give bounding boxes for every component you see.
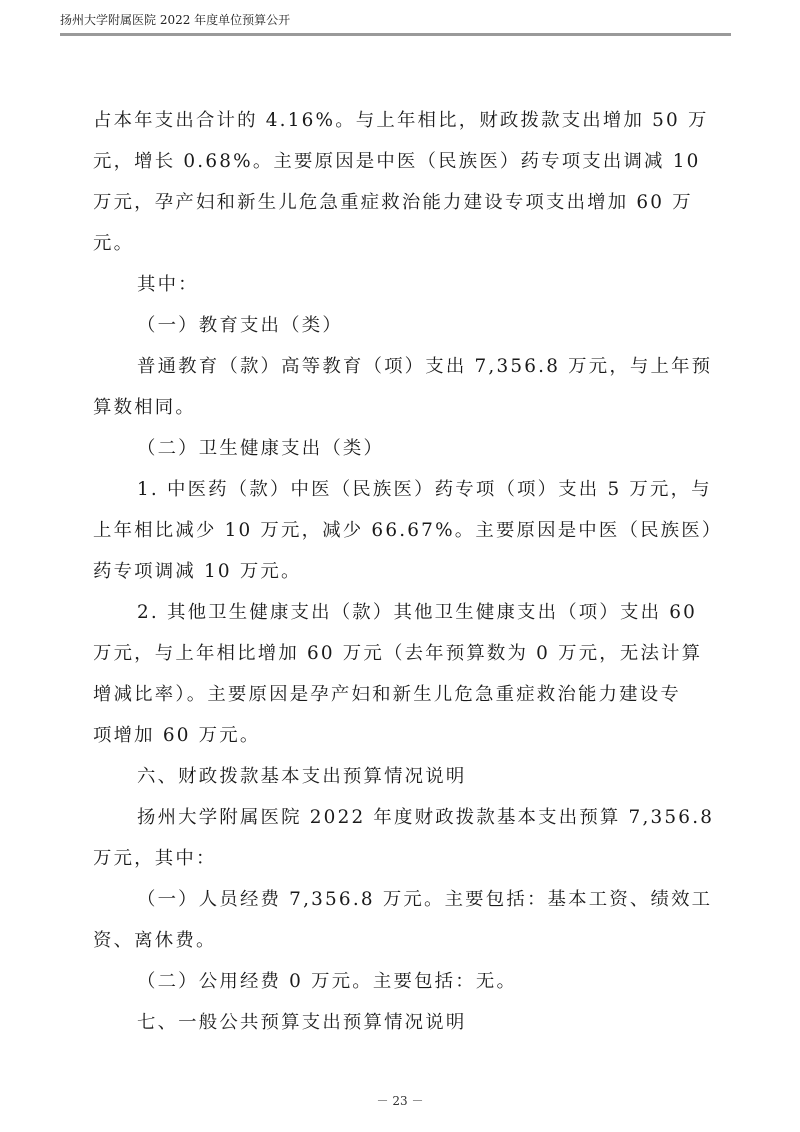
text-line: （一）教育支出（类） [93,305,715,346]
text-line: 扬州大学附属医院 2022 年度财政拨款基本支出预算 7,356.8 [93,797,715,838]
page-header: 扬州大学附属医院 2022 年度单位预算公开 [60,12,731,36]
text-line: 普通教育（款）高等教育（项）支出 7,356.8 万元，与上年预 [93,346,715,387]
page-number: － 23 － [0,1092,800,1109]
document-body: 占本年支出合计的 4.16%。与上年相比，财政拨款支出增加 50 万元，增长 0… [93,100,715,1043]
header-title: 扬州大学附属医院 2022 年度单位预算公开 [60,12,731,28]
text-line: 七、一般公共预算支出预算情况说明 [93,1002,715,1043]
text-line: 元，增长 0.68%。主要原因是中医（民族医）药专项支出调减 10 [93,141,715,182]
text-line: 元。 [93,223,715,264]
text-line: （二）公用经费 0 万元。主要包括：无。 [93,961,715,1002]
text-line: 资、离休费。 [93,920,715,961]
text-line: 万元，其中： [93,838,715,879]
text-line: 万元，孕产妇和新生儿危急重症救治能力建设专项支出增加 60 万 [93,182,715,223]
text-line: 其中： [93,264,715,305]
text-line: 项增加 60 万元。 [93,715,715,756]
text-line: 六、财政拨款基本支出预算情况说明 [93,756,715,797]
text-line: 上年相比减少 10 万元，减少 66.67%。主要原因是中医（民族医） [93,510,715,551]
text-line: 万元，与上年相比增加 60 万元（去年预算数为 0 万元，无法计算 [93,633,715,674]
text-line: 1. 中医药（款）中医（民族医）药专项（项）支出 5 万元，与 [93,469,715,510]
text-line: （一）人员经费 7,356.8 万元。主要包括：基本工资、绩效工 [93,879,715,920]
text-line: （二）卫生健康支出（类） [93,428,715,469]
text-line: 药专项调减 10 万元。 [93,551,715,592]
text-line: 增减比率）。主要原因是孕产妇和新生儿危急重症救治能力建设专 [93,674,715,715]
text-line: 算数相同。 [93,387,715,428]
text-line: 2. 其他卫生健康支出（款）其他卫生健康支出（项）支出 60 [93,592,715,633]
text-line: 占本年支出合计的 4.16%。与上年相比，财政拨款支出增加 50 万 [93,100,715,141]
header-divider [60,33,731,36]
